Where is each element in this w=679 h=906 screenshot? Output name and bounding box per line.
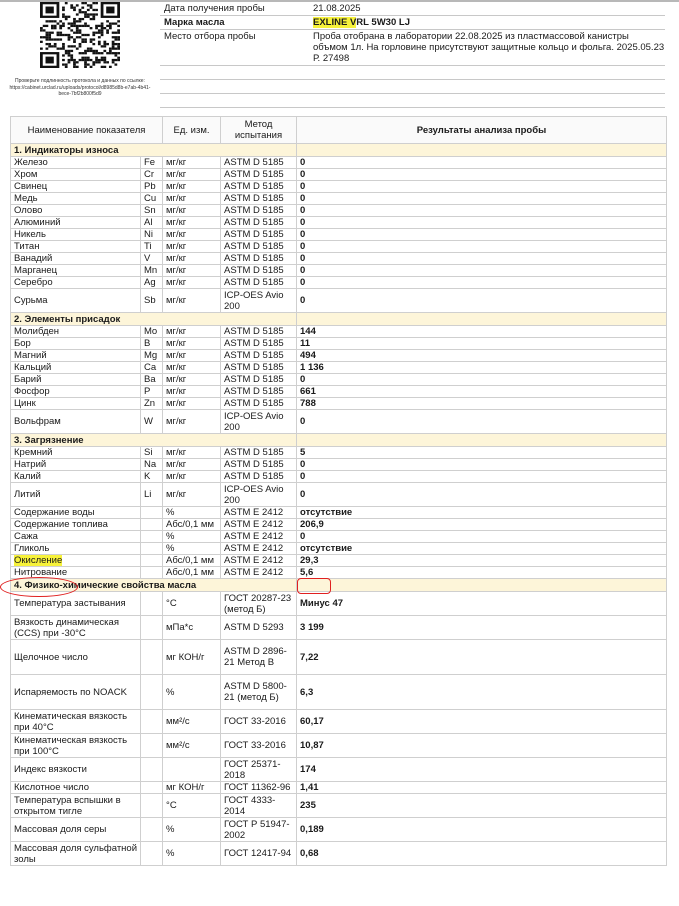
element-symbol <box>141 531 163 543</box>
header-result: Результаты анализа пробы <box>297 117 667 144</box>
brand-value: EXLINE VRL 5W30 LJ <box>313 16 665 29</box>
test-method: ICP-OES Avio 200 <box>221 410 297 434</box>
indicator-name: Литий <box>11 483 141 507</box>
element-symbol <box>141 616 163 640</box>
section-result-cell <box>297 579 667 592</box>
unit: мг/кг <box>163 338 221 350</box>
unit: мг/кг <box>163 350 221 362</box>
unit: мг/кг <box>163 241 221 253</box>
table-row: БарийBaмг/кгASTM D 51850 <box>11 374 667 386</box>
element-symbol <box>141 507 163 519</box>
table-row: Гликоль%ASTM E 2412отсутствие <box>11 543 667 555</box>
table-row: СереброAgмг/кгASTM D 51850 <box>11 277 667 289</box>
table-row: НатрийNaмг/кгASTM D 51850 <box>11 459 667 471</box>
unit: мг/кг <box>163 169 221 181</box>
indicator-name: Ванадий <box>11 253 141 265</box>
element-symbol: P <box>141 386 163 398</box>
section-result-cell <box>297 313 667 326</box>
indicator-name: Титан <box>11 241 141 253</box>
element-symbol <box>141 675 163 710</box>
indicator-name: Кислотное число <box>11 782 141 794</box>
result-value: 3 199 <box>297 616 667 640</box>
unit: °C <box>163 592 221 616</box>
qr-caption: Проверьте подлинность протокола и данных… <box>4 78 156 98</box>
element-symbol: Al <box>141 217 163 229</box>
element-symbol: Fe <box>141 157 163 169</box>
qr-code-icon[interactable] <box>40 2 120 68</box>
result-value: 0 <box>297 471 667 483</box>
element-symbol: Pb <box>141 181 163 193</box>
indicator-name: Барий <box>11 374 141 386</box>
element-symbol: Na <box>141 459 163 471</box>
test-method: ASTM E 2412 <box>221 507 297 519</box>
unit: Абс/0,1 мм <box>163 555 221 567</box>
test-method: ASTM D 5185 <box>221 265 297 277</box>
test-method: ASTM D 5185 <box>221 386 297 398</box>
test-method: ASTM D 5185 <box>221 241 297 253</box>
unit: % <box>163 842 221 866</box>
table-row: СурьмаSbмг/кгICP-OES Avio 2000 <box>11 289 667 313</box>
received-label: Дата получения пробы <box>160 2 313 15</box>
unit <box>163 758 221 782</box>
test-method: ГОСТ 25371-2018 <box>221 758 297 782</box>
element-symbol: K <box>141 471 163 483</box>
test-method: ASTM D 5185 <box>221 350 297 362</box>
unit: мг/кг <box>163 410 221 434</box>
result-value: 788 <box>297 398 667 410</box>
indicator-name: Цинк <box>11 398 141 410</box>
result-value: 0 <box>297 229 667 241</box>
test-method: ASTM D 5185 <box>221 398 297 410</box>
table-row: ОловоSnмг/кгASTM D 51850 <box>11 205 667 217</box>
indicator-name: Сажа <box>11 531 141 543</box>
result-value: 661 <box>297 386 667 398</box>
element-symbol <box>141 818 163 842</box>
test-method: ASTM E 2412 <box>221 531 297 543</box>
indicator-name: Испаряемость по NOACK <box>11 675 141 710</box>
result-value: 174 <box>297 758 667 782</box>
indicator-name: Содержание топлива <box>11 519 141 531</box>
test-method: ICP-OES Avio 200 <box>221 289 297 313</box>
table-row: Сажа%ASTM E 24120 <box>11 531 667 543</box>
table-row: КальцийCaмг/кгASTM D 51851 136 <box>11 362 667 374</box>
indicator-name: Нитрование <box>11 567 141 579</box>
table-row: Вязкость динамическая (CCS) при -30°CмПа… <box>11 616 667 640</box>
table-row: Массовая доля сульфатной золы%ГОСТ 12417… <box>11 842 667 866</box>
result-value: 0 <box>297 169 667 181</box>
test-method: ASTM D 5185 <box>221 459 297 471</box>
element-symbol: Cr <box>141 169 163 181</box>
table-row: МедьCuмг/кгASTM D 51850 <box>11 193 667 205</box>
section-header: 2. Элементы присадок <box>11 313 667 326</box>
result-value: 0 <box>297 410 667 434</box>
info-row-received: Дата получения пробы 21.08.2025 <box>160 2 665 16</box>
element-symbol: Ag <box>141 277 163 289</box>
test-method: ASTM D 5185 <box>221 253 297 265</box>
test-method: ASTM D 5185 <box>221 326 297 338</box>
result-value: 206,9 <box>297 519 667 531</box>
element-symbol <box>141 734 163 758</box>
element-symbol: Ni <box>141 229 163 241</box>
result-value: 0 <box>297 253 667 265</box>
unit: мг/кг <box>163 459 221 471</box>
unit: мм²/с <box>163 734 221 758</box>
result-value: 0 <box>297 205 667 217</box>
unit: мг/кг <box>163 277 221 289</box>
indicator-name: Магний <box>11 350 141 362</box>
indicator-name: Алюминий <box>11 217 141 229</box>
indicator-name: Массовая доля сульфатной золы <box>11 842 141 866</box>
element-symbol: Si <box>141 447 163 459</box>
test-method: ASTM D 2896-21 Метод В <box>221 640 297 675</box>
unit: мг/кг <box>163 398 221 410</box>
indicator-name: Щелочное число <box>11 640 141 675</box>
sample-info: Дата получения пробы 21.08.2025 Марка ма… <box>160 2 665 108</box>
result-value: отсутствие <box>297 507 667 519</box>
result-value: 0 <box>297 459 667 471</box>
indicator-name: Гликоль <box>11 543 141 555</box>
indicator-name: Фосфор <box>11 386 141 398</box>
result-value: 0,189 <box>297 818 667 842</box>
element-symbol: Cu <box>141 193 163 205</box>
header-unit: Ед. изм. <box>163 117 221 144</box>
indicator-name: Бор <box>11 338 141 350</box>
table-row: ТитанTiмг/кгASTM D 51850 <box>11 241 667 253</box>
section-title: 2. Элементы присадок <box>11 313 297 326</box>
element-symbol: Mo <box>141 326 163 338</box>
element-symbol: Li <box>141 483 163 507</box>
element-symbol: Mn <box>141 265 163 277</box>
unit: % <box>163 507 221 519</box>
qr-caption-link[interactable]: https://cabinet.urclad.ru/uploads/protoc… <box>4 85 156 98</box>
table-row: МарганецMnмг/кгASTM D 51850 <box>11 265 667 277</box>
indicator-name: Медь <box>11 193 141 205</box>
unit: мг/кг <box>163 362 221 374</box>
results-table: Наименование показателя Ед. изм. Метод и… <box>10 116 667 866</box>
table-row: ВанадийVмг/кгASTM D 51850 <box>11 253 667 265</box>
unit: % <box>163 818 221 842</box>
test-method: ГОСТ 33-2016 <box>221 734 297 758</box>
test-method: ASTM D 5800-21 (метод Б) <box>221 675 297 710</box>
result-value: 0 <box>297 217 667 229</box>
unit: Абс/0,1 мм <box>163 567 221 579</box>
test-method: ASTM D 5185 <box>221 447 297 459</box>
table-row: АлюминийAlмг/кгASTM D 51850 <box>11 217 667 229</box>
element-symbol: Ba <box>141 374 163 386</box>
result-value: отсутствие <box>297 543 667 555</box>
result-value: 6,3 <box>297 675 667 710</box>
table-row: Содержание топливаАбс/0,1 ммASTM E 24122… <box>11 519 667 531</box>
table-row: Содержание воды%ASTM E 2412отсутствие <box>11 507 667 519</box>
result-value: 0 <box>297 241 667 253</box>
table-row: Щелочное числомг КОН/гASTM D 2896-21 Мет… <box>11 640 667 675</box>
result-value: 0 <box>297 289 667 313</box>
test-method: ГОСТ 11362-96 <box>221 782 297 794</box>
indicator-name: Хром <box>11 169 141 181</box>
unit: мг/кг <box>163 157 221 169</box>
unit: мг КОН/г <box>163 640 221 675</box>
result-value: 5 <box>297 447 667 459</box>
section-title: 3. Загрязнение <box>11 434 297 447</box>
indicator-name: Калий <box>11 471 141 483</box>
table-row: Индекс вязкостиГОСТ 25371-2018174 <box>11 758 667 782</box>
unit: мг/кг <box>163 217 221 229</box>
result-value: Минус 47 <box>297 592 667 616</box>
result-value: 0 <box>297 374 667 386</box>
highlighted-name: Окисление <box>14 555 62 566</box>
result-value: 144 <box>297 326 667 338</box>
section-result-cell <box>297 434 667 447</box>
element-symbol: Zn <box>141 398 163 410</box>
test-method: ГОСТ Р 51947-2002 <box>221 818 297 842</box>
unit: % <box>163 543 221 555</box>
test-method: ASTM D 5185 <box>221 205 297 217</box>
element-symbol <box>141 782 163 794</box>
unit: мм²/с <box>163 710 221 734</box>
result-value: 0 <box>297 277 667 289</box>
element-symbol: Mg <box>141 350 163 362</box>
indicator-name: Никель <box>11 229 141 241</box>
table-row: НикельNiмг/кгASTM D 51850 <box>11 229 667 241</box>
unit: мг/кг <box>163 326 221 338</box>
section-result-cell <box>297 144 667 157</box>
unit: % <box>163 531 221 543</box>
brand-rest: RL 5W30 LJ <box>356 17 410 28</box>
test-method: ICP-OES Avio 200 <box>221 483 297 507</box>
indicator-name: Температура вспышки в открытом тигле <box>11 794 141 818</box>
test-method: ASTM D 5185 <box>221 471 297 483</box>
table-row: ЖелезоFeмг/кгASTM D 51850 <box>11 157 667 169</box>
table-row: Кинематическая вязкость при 100°Cмм²/сГО… <box>11 734 667 758</box>
test-method: ASTM D 5185 <box>221 217 297 229</box>
test-method: ASTM D 5293 <box>221 616 297 640</box>
unit: мПа*с <box>163 616 221 640</box>
section-header: 4. Физико-химические свойства масла <box>11 579 667 592</box>
unit: мг/кг <box>163 181 221 193</box>
section-header: 3. Загрязнение <box>11 434 667 447</box>
table-row: МолибденMoмг/кгASTM D 5185144 <box>11 326 667 338</box>
section-title: 1. Индикаторы износа <box>11 144 297 157</box>
element-symbol <box>141 592 163 616</box>
result-value: 7,22 <box>297 640 667 675</box>
element-symbol: B <box>141 338 163 350</box>
unit: мг/кг <box>163 229 221 241</box>
element-symbol: Ti <box>141 241 163 253</box>
table-row: ВольфрамWмг/кгICP-OES Avio 2000 <box>11 410 667 434</box>
element-symbol <box>141 842 163 866</box>
unit: мг КОН/г <box>163 782 221 794</box>
test-method: ASTM D 5185 <box>221 374 297 386</box>
element-symbol: V <box>141 253 163 265</box>
element-symbol <box>141 710 163 734</box>
unit: мг/кг <box>163 289 221 313</box>
result-value: 0,68 <box>297 842 667 866</box>
element-symbol: W <box>141 410 163 434</box>
unit: мг/кг <box>163 265 221 277</box>
element-symbol <box>141 555 163 567</box>
result-value: 29,3 <box>297 555 667 567</box>
test-method: ГОСТ 4333-2014 <box>221 794 297 818</box>
info-row-place: Место отбора пробы Проба отобрана в лабо… <box>160 30 665 66</box>
test-method: ASTM E 2412 <box>221 555 297 567</box>
test-method: ASTM D 5185 <box>221 181 297 193</box>
indicator-name: Индекс вязкости <box>11 758 141 782</box>
element-symbol <box>141 794 163 818</box>
indicator-name: Кинематическая вязкость при 100°C <box>11 734 141 758</box>
table-row: Кислотное числомг КОН/гГОСТ 11362-961,41 <box>11 782 667 794</box>
test-method: ASTM D 5185 <box>221 338 297 350</box>
test-method: ASTM D 5185 <box>221 362 297 374</box>
section-title: 4. Физико-химические свойства масла <box>11 579 297 592</box>
header-name: Наименование показателя <box>11 117 163 144</box>
indicator-name: Серебро <box>11 277 141 289</box>
test-method: ASTM D 5185 <box>221 169 297 181</box>
indicator-name: Марганец <box>11 265 141 277</box>
test-method: ASTM E 2412 <box>221 519 297 531</box>
test-method: ASTM E 2412 <box>221 567 297 579</box>
element-symbol: Sb <box>141 289 163 313</box>
unit: мг/кг <box>163 447 221 459</box>
table-row: КремнийSiмг/кгASTM D 51855 <box>11 447 667 459</box>
unit: мг/кг <box>163 205 221 217</box>
indicator-name: Натрий <box>11 459 141 471</box>
info-row-brand: Марка масла EXLINE VRL 5W30 LJ <box>160 16 665 30</box>
indicator-name: Свинец <box>11 181 141 193</box>
header-method: Метод испытания <box>221 117 297 144</box>
qr-caption-text: Проверьте подлинность протокола и данных… <box>4 78 156 85</box>
indicator-name: Вязкость динамическая (CCS) при -30°C <box>11 616 141 640</box>
result-value: 5,6 <box>297 567 667 579</box>
unit: мг/кг <box>163 374 221 386</box>
result-value: 11 <box>297 338 667 350</box>
table-row: Температура вспышки в открытом тигле°CГО… <box>11 794 667 818</box>
indicator-name: Молибден <box>11 326 141 338</box>
test-method: ASTM D 5185 <box>221 277 297 289</box>
indicator-name: Содержание воды <box>11 507 141 519</box>
brand-highlight: EXLINE V <box>313 17 356 28</box>
unit: % <box>163 675 221 710</box>
table-row: БорBмг/кгASTM D 518511 <box>11 338 667 350</box>
unit: °C <box>163 794 221 818</box>
result-value: 0 <box>297 193 667 205</box>
result-value: 494 <box>297 350 667 362</box>
unit: мг/кг <box>163 483 221 507</box>
element-symbol: Sn <box>141 205 163 217</box>
result-value: 0 <box>297 265 667 277</box>
table-row: НитрованиеАбс/0,1 ммASTM E 24125,6 <box>11 567 667 579</box>
info-empty-row <box>160 66 665 80</box>
brand-label: Марка масла <box>160 16 313 29</box>
table-row: Температура застывания°CГОСТ 20287-23 (м… <box>11 592 667 616</box>
indicator-name: Окисление <box>11 555 141 567</box>
table-row: ФосфорPмг/кгASTM D 5185661 <box>11 386 667 398</box>
result-value: 0 <box>297 181 667 193</box>
test-method: ГОСТ 20287-23 (метод Б) <box>221 592 297 616</box>
table-row: МагнийMgмг/кгASTM D 5185494 <box>11 350 667 362</box>
place-value: Проба отобрана в лаборатории 22.08.2025 … <box>313 30 665 65</box>
test-method: ASTM E 2412 <box>221 543 297 555</box>
unit: мг/кг <box>163 471 221 483</box>
table-row: ЛитийLiмг/кгICP-OES Avio 2000 <box>11 483 667 507</box>
table-row: Кинематическая вязкость при 40°Cмм²/сГОС… <box>11 710 667 734</box>
result-value: 0 <box>297 483 667 507</box>
table-row: Испаряемость по NOACK%ASTM D 5800-21 (ме… <box>11 675 667 710</box>
unit: мг/кг <box>163 253 221 265</box>
element-symbol <box>141 640 163 675</box>
indicator-name: Олово <box>11 205 141 217</box>
section-header: 1. Индикаторы износа <box>11 144 667 157</box>
test-method: ASTM D 5185 <box>221 229 297 241</box>
result-value: 1 136 <box>297 362 667 374</box>
element-symbol <box>141 758 163 782</box>
table-row: ЦинкZnмг/кгASTM D 5185788 <box>11 398 667 410</box>
result-value: 1,41 <box>297 782 667 794</box>
result-value: 235 <box>297 794 667 818</box>
result-value: 0 <box>297 157 667 169</box>
received-value: 21.08.2025 <box>313 2 665 15</box>
indicator-name: Вольфрам <box>11 410 141 434</box>
result-value: 0 <box>297 531 667 543</box>
info-empty-row <box>160 80 665 94</box>
table-row: КалийKмг/кгASTM D 51850 <box>11 471 667 483</box>
place-label: Место отбора пробы <box>160 30 313 65</box>
unit: мг/кг <box>163 386 221 398</box>
element-symbol <box>141 543 163 555</box>
result-value: 60,17 <box>297 710 667 734</box>
indicator-name: Температура застывания <box>11 592 141 616</box>
unit: Абс/0,1 мм <box>163 519 221 531</box>
table-row: ОкислениеАбс/0,1 ммASTM E 241229,3 <box>11 555 667 567</box>
element-symbol <box>141 567 163 579</box>
indicator-name: Кальций <box>11 362 141 374</box>
table-row: ХромCrмг/кгASTM D 51850 <box>11 169 667 181</box>
element-symbol: Ca <box>141 362 163 374</box>
test-method: ASTM D 5185 <box>221 157 297 169</box>
result-value: 10,87 <box>297 734 667 758</box>
element-symbol <box>141 519 163 531</box>
indicator-name: Кинематическая вязкость при 40°C <box>11 710 141 734</box>
table-row: СвинецPbмг/кгASTM D 51850 <box>11 181 667 193</box>
indicator-name: Кремний <box>11 447 141 459</box>
info-empty-row <box>160 94 665 108</box>
indicator-name: Железо <box>11 157 141 169</box>
indicator-name: Сурьма <box>11 289 141 313</box>
test-method: ГОСТ 12417-94 <box>221 842 297 866</box>
table-row: Массовая доля серы%ГОСТ Р 51947-20020,18… <box>11 818 667 842</box>
unit: мг/кг <box>163 193 221 205</box>
test-method: ASTM D 5185 <box>221 193 297 205</box>
indicator-name: Массовая доля серы <box>11 818 141 842</box>
test-method: ГОСТ 33-2016 <box>221 710 297 734</box>
